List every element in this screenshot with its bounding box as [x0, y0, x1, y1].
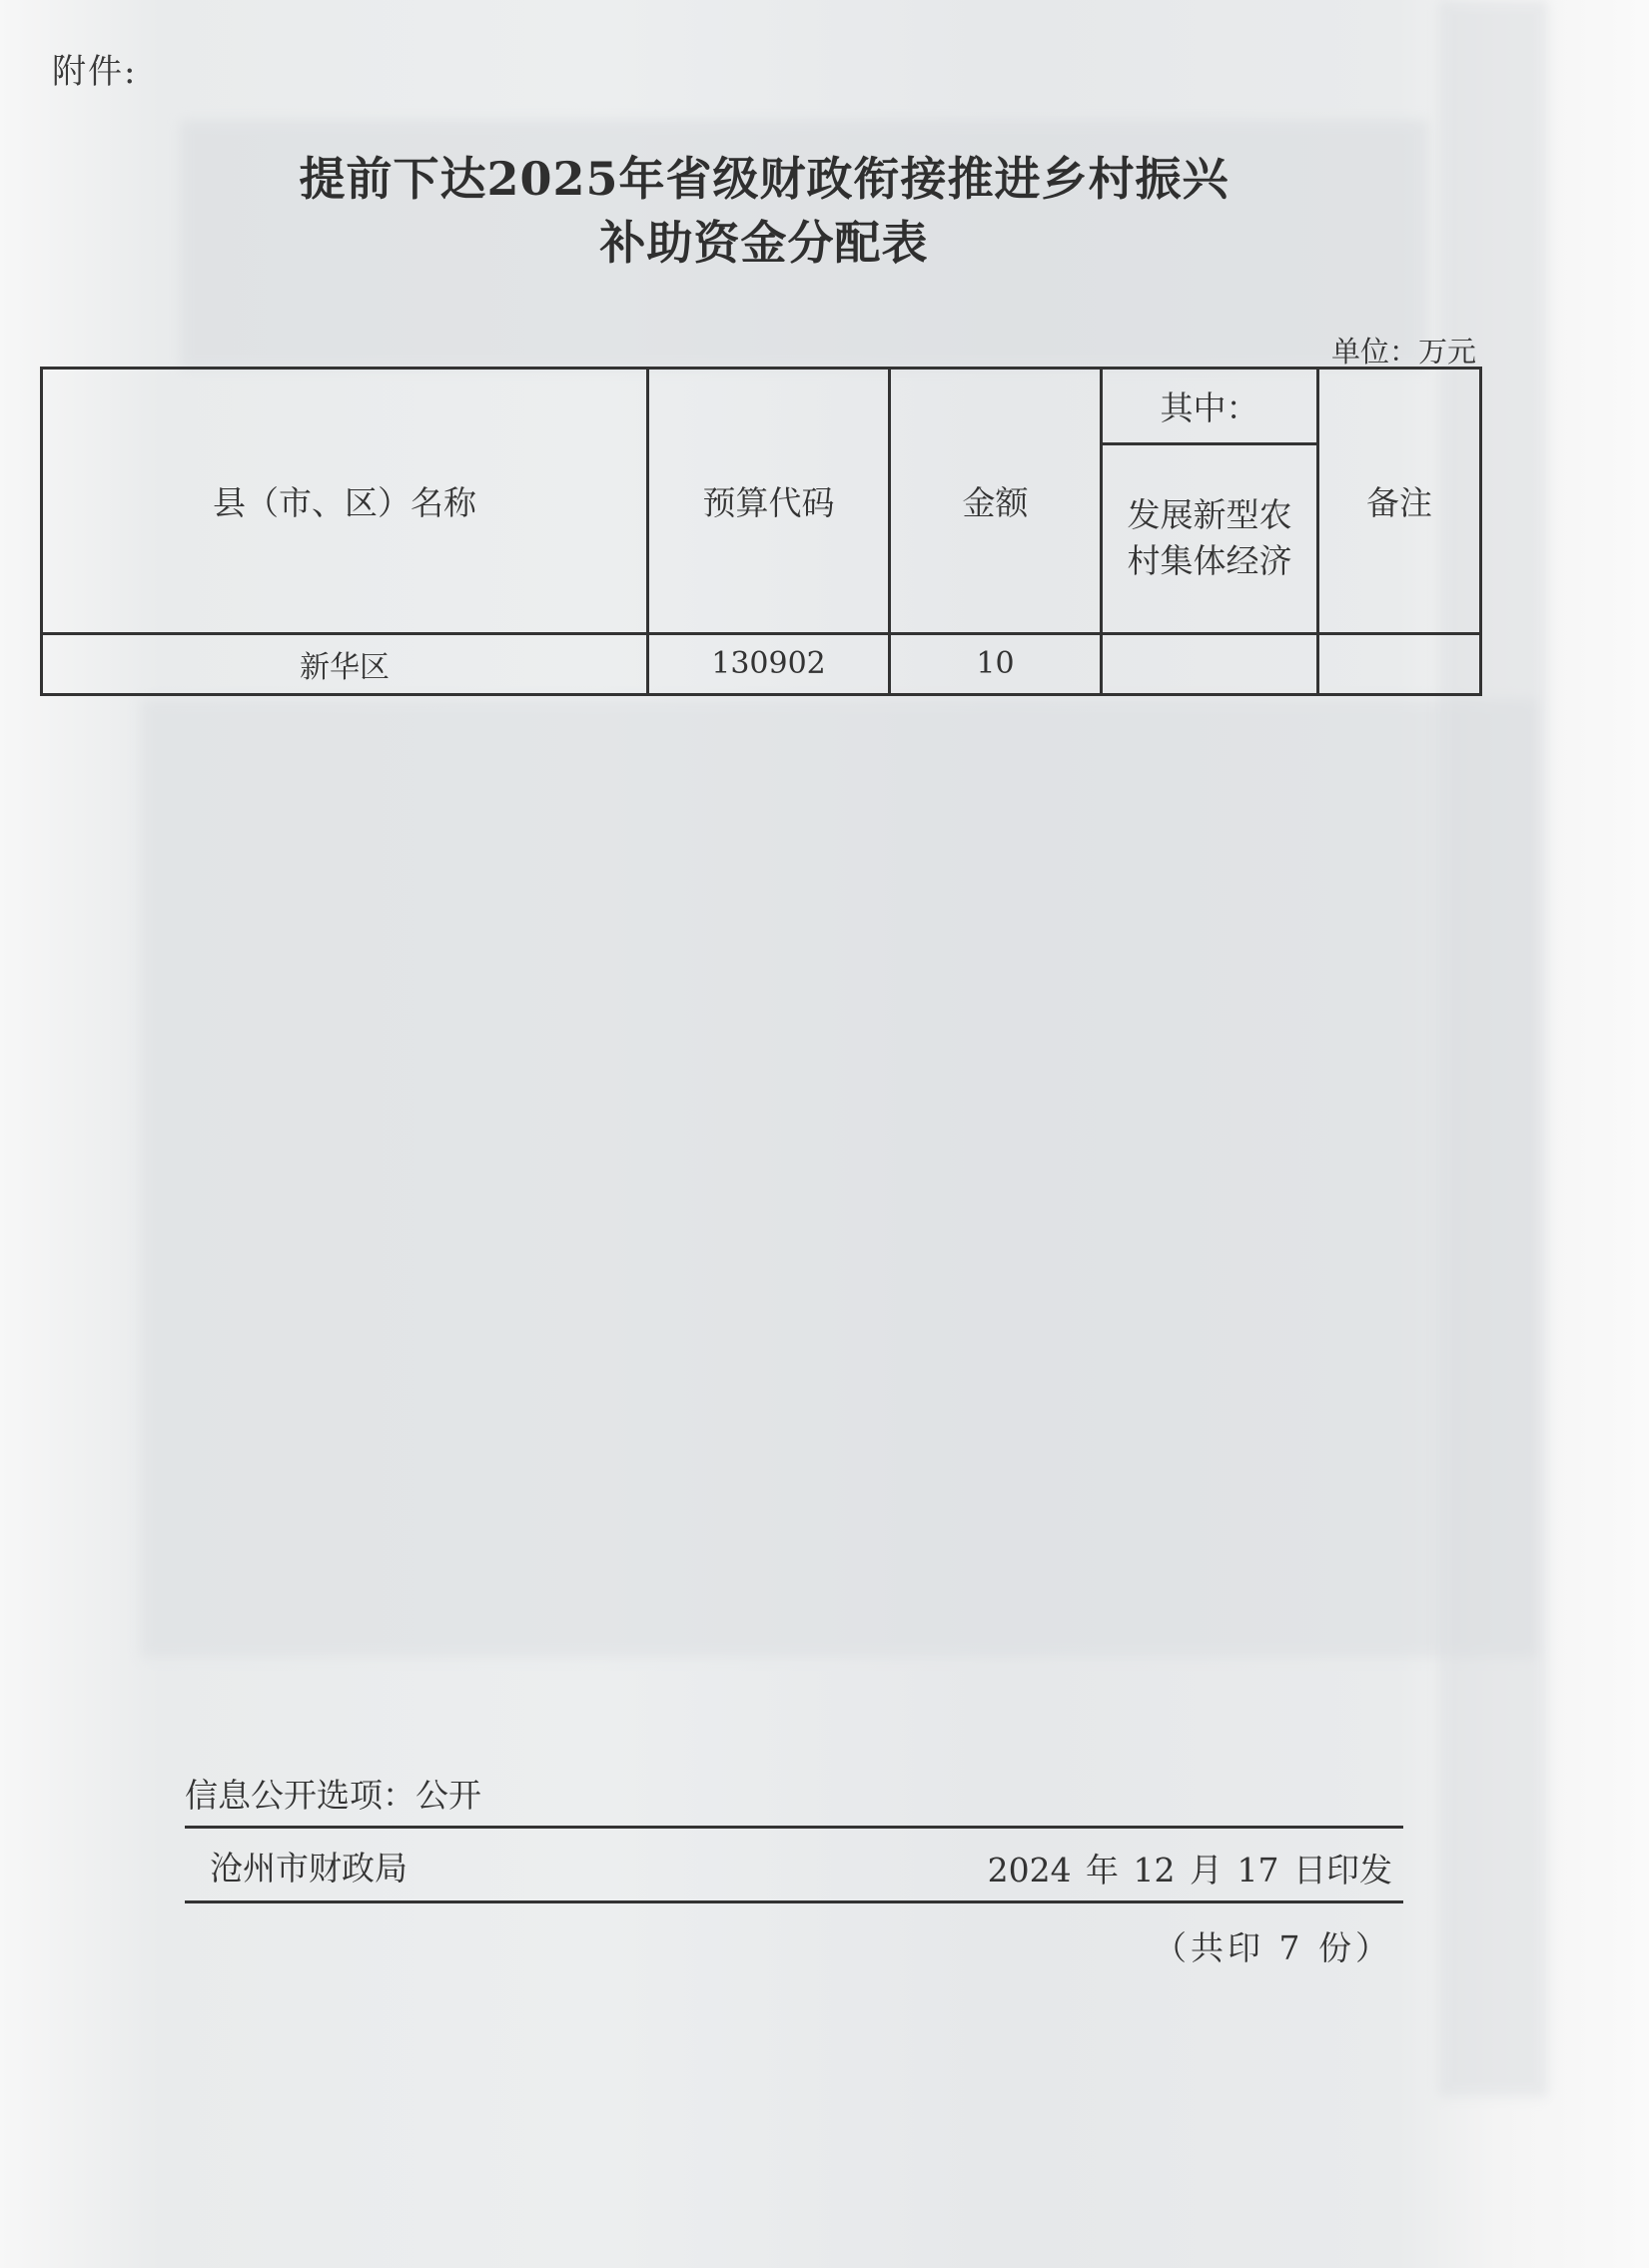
footer-divider-top [185, 1826, 1403, 1829]
header-amount: 金额 [890, 369, 1102, 634]
document-title-line1: 提前下达2025年省级财政衔接推进乡村振兴 [0, 143, 1528, 209]
bleed-through-shadow [140, 699, 1538, 1658]
header-new-collective-economy-text: 发展新型农村集体经济 [1128, 492, 1292, 584]
table-row: 新华区 130902 10 [42, 633, 1481, 694]
cell-budget-code: 130902 [648, 633, 890, 694]
cell-remarks [1318, 633, 1481, 694]
attachment-label: 附件: [52, 44, 137, 93]
issuer-name: 沧州市财政局 [210, 1843, 408, 1890]
allocation-table: 县（市、区）名称 预算代码 金额 其中： 备注 发展新型农村集体经济 新华区 1… [40, 367, 1482, 696]
disclosure-option: 信息公开选项：公开 [185, 1770, 481, 1817]
bleed-through-shadow [1438, 0, 1548, 2097]
header-new-collective-economy: 发展新型农村集体经济 [1102, 443, 1318, 633]
cell-county: 新华区 [42, 633, 648, 694]
issue-date: 2024 年 12 月 17 日印发 [988, 1845, 1392, 1891]
cell-amount: 10 [890, 633, 1102, 694]
header-of-which: 其中： [1102, 369, 1318, 444]
unit-label: 单位：万元 [1331, 330, 1476, 371]
header-county: 县（市、区）名称 [42, 369, 648, 634]
cell-new-collective-economy [1102, 633, 1318, 694]
document-title-line2: 补助资金分配表 [0, 207, 1528, 273]
footer-divider-bottom [185, 1900, 1403, 1903]
header-remarks: 备注 [1318, 369, 1481, 634]
header-budget-code: 预算代码 [648, 369, 890, 634]
copies-count: （共印 7 份） [1154, 1922, 1392, 1969]
